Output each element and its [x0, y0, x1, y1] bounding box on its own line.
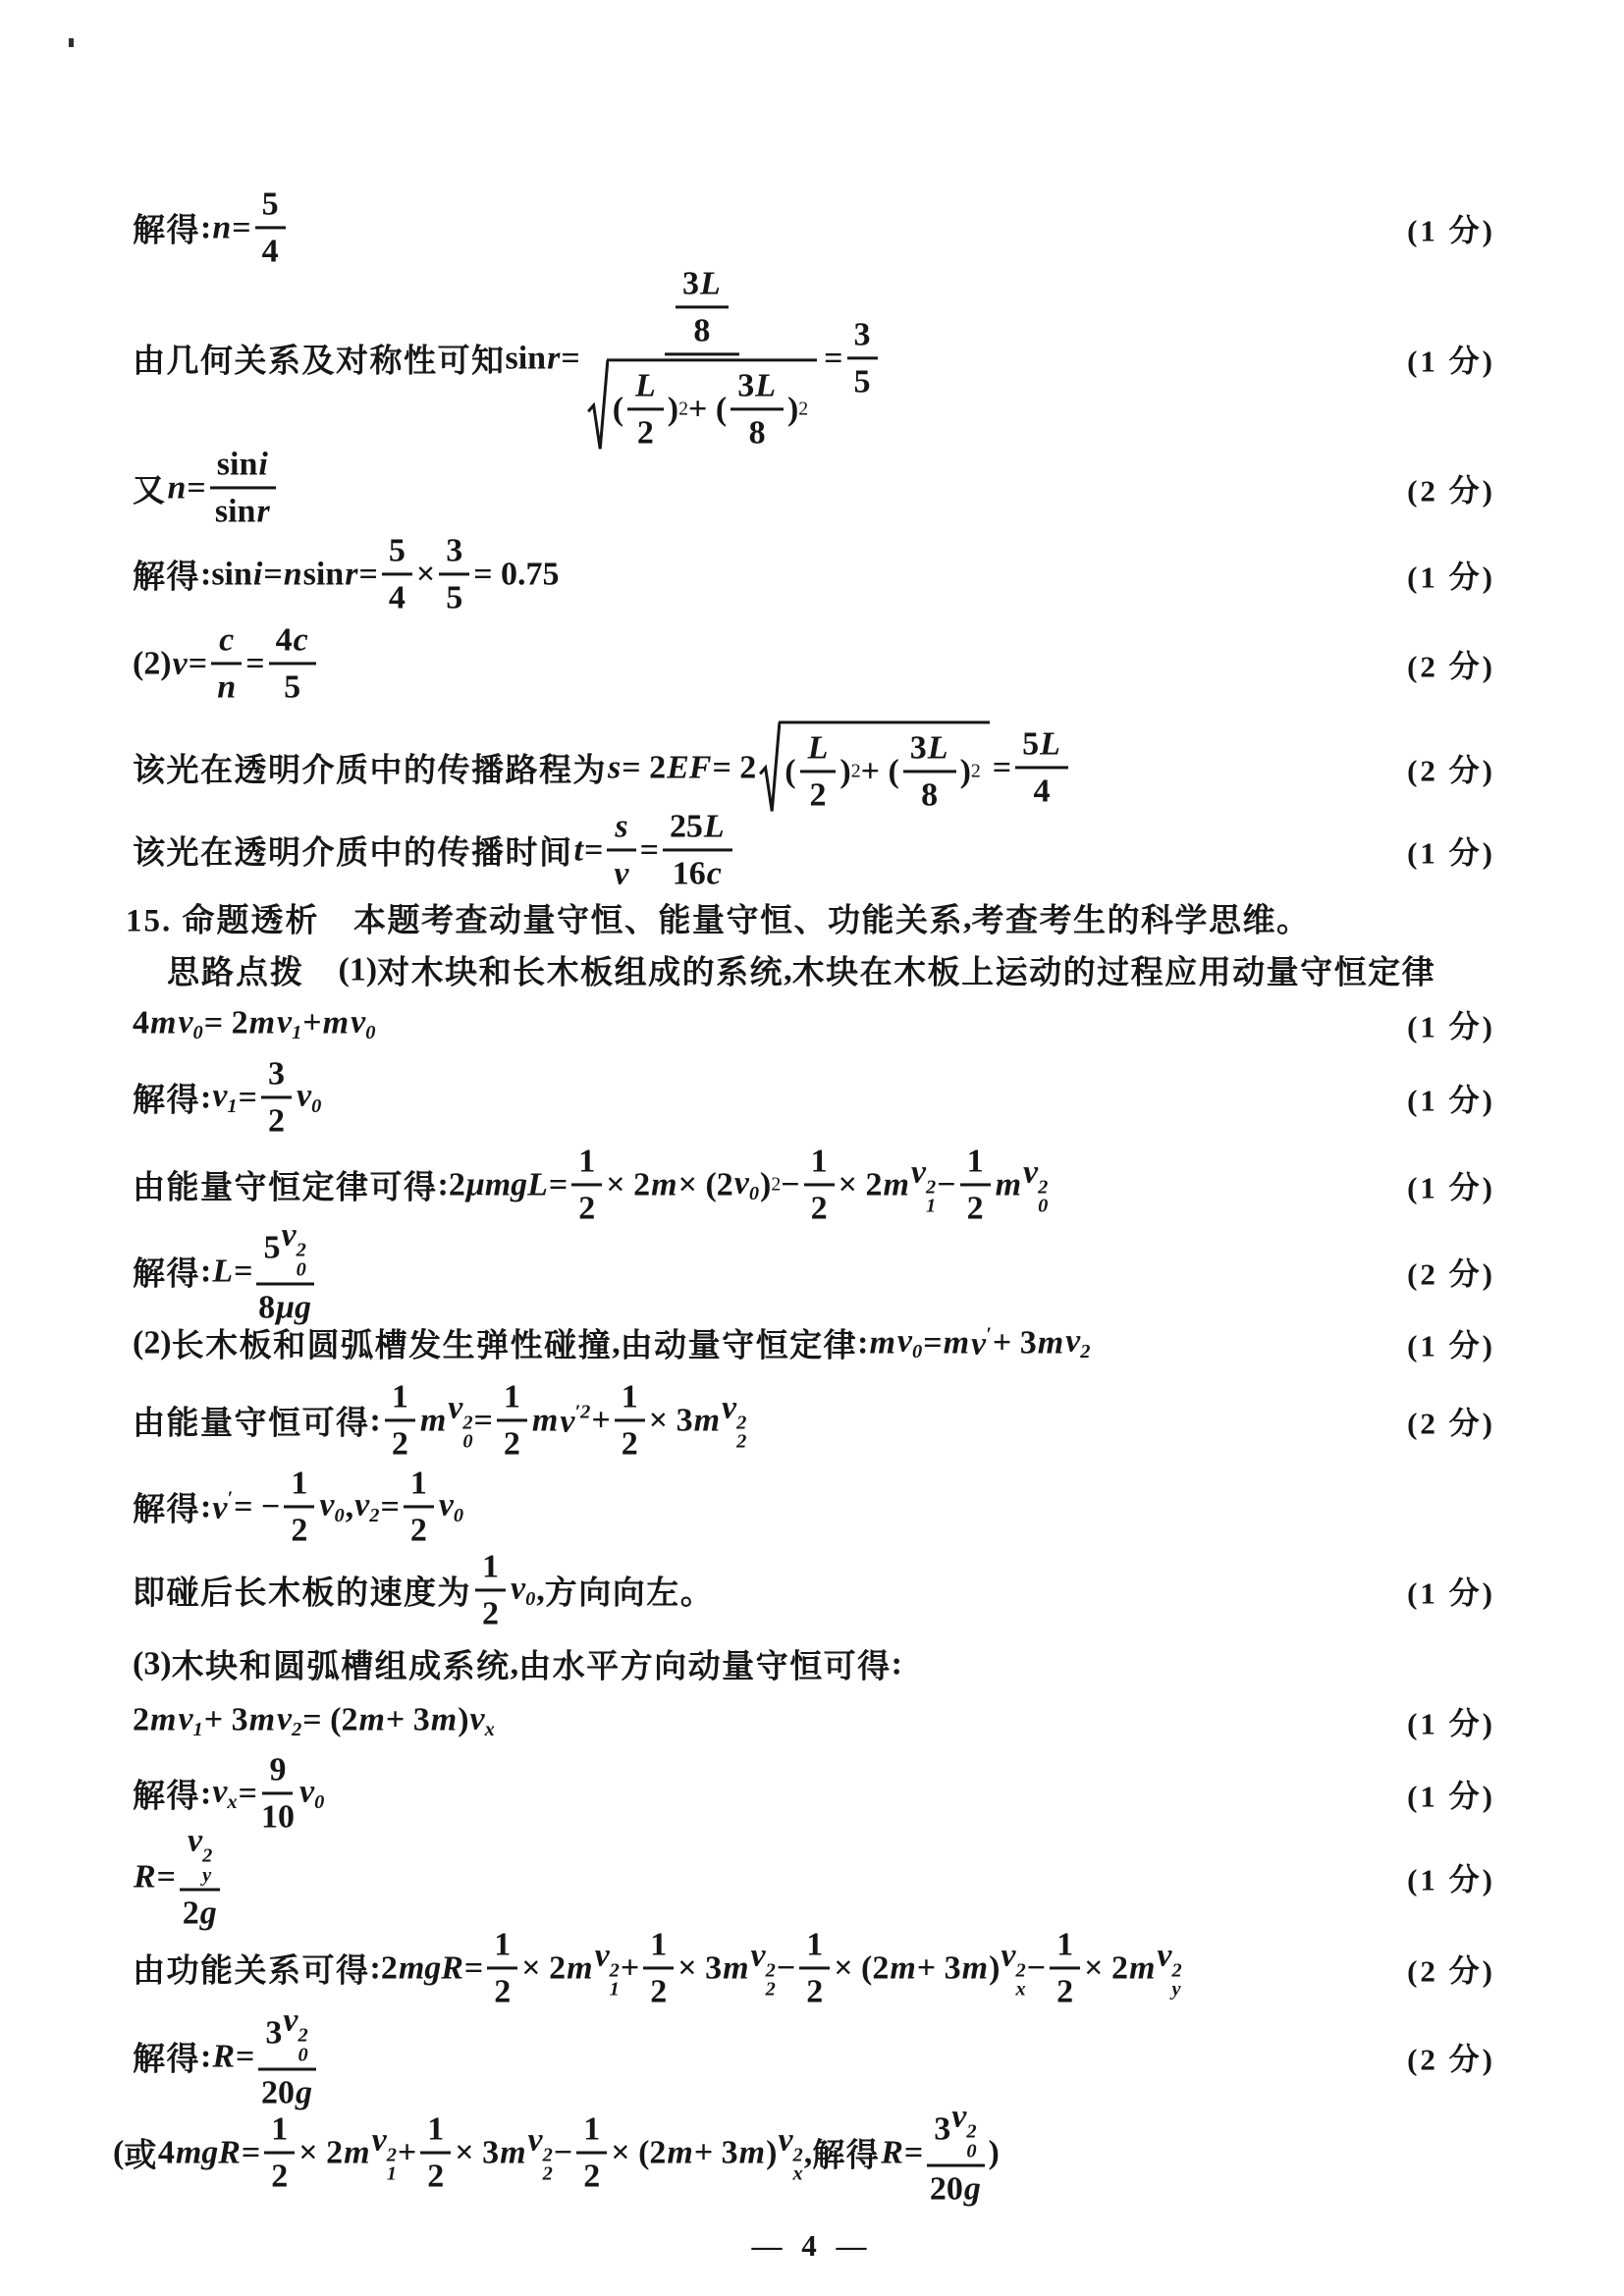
text-math: × (2 — [678, 1166, 733, 1203]
text-math: ) — [766, 2134, 777, 2171]
solution-line: (2)长木板和圆弧槽发生弹性碰撞,由动量守恒定律:mv0 = mv′ + 3mv… — [133, 1320, 1495, 1366]
text-math: 3 — [854, 315, 871, 353]
variable: t — [573, 831, 584, 869]
sub-sup: 20 — [298, 2027, 307, 2065]
fraction: 4c5 — [269, 620, 316, 706]
superscript: 2 — [971, 761, 981, 783]
numerator: 1 — [804, 1142, 835, 1186]
solution-line: 又 n = sin isin r(2 分) — [133, 445, 1495, 530]
text-math: × 2 — [298, 2134, 343, 2171]
variable: r — [344, 556, 358, 593]
text-math: + — [302, 1005, 321, 1042]
numerator: 1 — [960, 1142, 991, 1186]
score-badge: (2 分) — [1387, 642, 1495, 686]
text-cjk: 由动量守恒定律 — [621, 1320, 858, 1366]
subscript: 2 — [1080, 1341, 1090, 1362]
variable: mgR — [398, 1949, 464, 1987]
text-math: , — [804, 2134, 813, 2171]
text-math: 2 — [291, 1512, 307, 1550]
text-math: 5 — [1022, 724, 1039, 763]
fraction: 5v208μg — [256, 1216, 313, 1327]
solution-line: 2mv1 + 3mv2 = (2m + 3m)vx(1 分) — [133, 1699, 1495, 1743]
variable: m — [1037, 1324, 1064, 1362]
text-cjk: 解得 — [812, 2130, 880, 2176]
text-math: = — [232, 209, 250, 246]
superscript: 2 — [202, 1847, 212, 1866]
text-math: : — [200, 209, 211, 246]
solution-line: 由能量守恒可得:12mv20 = 12mv′2 + 12 × 3mv22(2 分… — [133, 1377, 1495, 1463]
text-cjk: 长木板和圆弧槽发生弹性碰撞 — [172, 1320, 613, 1366]
variable: v′ — [970, 1323, 993, 1362]
variable: n — [167, 469, 188, 507]
text-cjk: 方向向左。 — [545, 1568, 715, 1614]
variable: v2 — [1064, 1322, 1091, 1363]
text-math: + 3 — [993, 1324, 1037, 1362]
variable: L — [699, 264, 722, 302]
denominator: 2 — [291, 1509, 307, 1550]
superscript: ′ — [227, 1487, 233, 1509]
sub-sup: 20 — [462, 1414, 472, 1452]
variable: r — [546, 340, 561, 377]
formula-content: 解得:v′ = −12v0,v2 = 12v0 — [133, 1464, 464, 1549]
text-math: = — [245, 645, 264, 682]
text-math: + ( — [688, 391, 727, 429]
radicand: (L2)2 + (3L8)2 — [779, 721, 989, 814]
fraction: 12 — [643, 1925, 674, 2010]
text-math: + ( — [861, 753, 899, 790]
radical-sign — [759, 721, 781, 814]
text-math: + — [621, 1949, 639, 1987]
text-cjk: 解得 — [133, 552, 200, 598]
fraction: 12 — [487, 1925, 517, 2010]
text-math: = — [239, 1775, 257, 1812]
score-badge: (1 分) — [1387, 1569, 1495, 1613]
text-math: sin — [303, 556, 345, 593]
text-math: 3 — [268, 1054, 285, 1093]
score-badge: (1 分) — [1387, 1163, 1495, 1207]
text-math: × 2 — [1084, 1949, 1128, 1987]
numerator: 1 — [799, 1925, 830, 1969]
fraction: 12 — [404, 1464, 434, 1549]
text-math: 5 — [389, 531, 406, 569]
variable: m — [722, 1949, 749, 1987]
fraction: 3v2020g — [927, 2098, 984, 2209]
text-math: + 3 — [694, 2134, 738, 2171]
text-math: 2 — [583, 2158, 600, 2196]
fraction: 25L16c — [663, 807, 732, 892]
variable: r — [255, 493, 270, 531]
fraction: L2 — [627, 367, 664, 453]
text-math: : — [892, 1645, 902, 1682]
text-cjk: 本题考查动量守恒、能量守恒、功能关系 — [320, 895, 964, 941]
text-math: 1 — [291, 1464, 307, 1502]
denominator: 4 — [1034, 770, 1051, 811]
text-math: 1 — [392, 1377, 408, 1415]
text-math: = — [242, 2134, 260, 2171]
subscript: 0 — [1038, 1198, 1048, 1216]
subscript: 0 — [454, 1505, 463, 1526]
text-math: = — [187, 469, 205, 507]
subscript: 0 — [334, 1505, 344, 1526]
fraction: 5L4 — [1015, 724, 1068, 810]
score-badge: (1 分) — [1387, 337, 1495, 381]
denominator: 2 — [482, 1592, 499, 1633]
sub-sup: 2y — [202, 1847, 212, 1886]
text-math: 1 — [494, 1925, 511, 1963]
sub-sup: 22 — [766, 1961, 776, 2000]
fraction: cn — [211, 620, 242, 706]
text-cjk: 由几何关系及对称性可知 — [133, 336, 506, 382]
fraction: 12 — [615, 1377, 645, 1463]
variable: m — [961, 1949, 989, 1987]
denominator: 8 — [693, 308, 710, 349]
sub-sup: 20 — [966, 2123, 976, 2162]
variable: v0 — [318, 1486, 345, 1527]
text-math: = — [640, 831, 659, 869]
variable: m — [149, 1702, 177, 1739]
denominator: 2 — [504, 1422, 520, 1464]
score-badge: (2 分) — [1387, 466, 1495, 510]
numerator: 1 — [385, 1377, 415, 1421]
variable: v20 — [1022, 1153, 1049, 1216]
formula-content: (或 4mgR = 12 × 2mv21 + 12 × 3mv22 − 12 ×… — [113, 2098, 1000, 2209]
text-math: = — [234, 1253, 252, 1290]
numerator: 9 — [262, 1750, 293, 1794]
text-math: = — [584, 831, 603, 869]
variable: m — [419, 1402, 447, 1439]
text-math: 2 — [504, 1425, 520, 1464]
text-math: 1 — [482, 1547, 499, 1585]
text-math: = (2 — [302, 1702, 357, 1739]
formula-content: 解得:sin i = nsin r = 54 × 35 = 0.75 — [133, 531, 560, 616]
solution-line: 由几何关系及对称性可知 sin r = 3L8(L2)2 + (3L8)2 = … — [133, 264, 1495, 452]
formula-content: 由功能关系可得:2mgR = 12 × 2mv21 + 12 × 3mv22 −… — [133, 1925, 1183, 2010]
variable: m — [248, 1702, 276, 1739]
text-math: 9 — [269, 1750, 286, 1789]
numerator: s — [607, 807, 635, 851]
text-math: × (2 — [834, 1949, 889, 1987]
variable: c — [218, 620, 235, 659]
text-math: × 2 — [839, 1166, 883, 1203]
text-math: × 2 — [521, 1949, 566, 1987]
text-math: : — [200, 1775, 211, 1812]
fraction: 3v2020g — [258, 2002, 315, 2112]
variable: m — [995, 1166, 1022, 1203]
text-math: : — [200, 2038, 211, 2075]
fraction: 3L8(L2)2 + (3L8)2 — [584, 264, 820, 452]
text-math: 1 — [967, 1142, 984, 1180]
fraction: 12 — [960, 1142, 991, 1227]
text-math: : — [200, 1079, 211, 1116]
denominator: 16c — [673, 852, 723, 893]
solution-line: 解得:n = 54(1 分) — [133, 185, 1495, 270]
text-math: : — [857, 1324, 868, 1362]
formula-content: 又 n = sin isin r — [133, 445, 280, 530]
variable: v22 — [721, 1389, 747, 1452]
fraction: 12 — [284, 1464, 314, 1549]
text-math: = — [549, 1166, 568, 1203]
text-cjk: 该光在透明介质中的传播时间 — [133, 828, 573, 874]
numerator: 1 — [571, 1142, 602, 1186]
variable: v1 — [276, 1003, 302, 1044]
text-math: 4 — [158, 2134, 175, 2171]
variable: m — [666, 2134, 693, 2171]
text-math: 2 — [482, 1595, 499, 1633]
score-badge: (1 分) — [1387, 1699, 1495, 1743]
variable: m — [943, 1324, 970, 1362]
superscript: 2 — [966, 2123, 976, 2142]
variable: v20 — [280, 1216, 306, 1280]
subscript: y — [1171, 1981, 1180, 2000]
text-math: ) — [960, 753, 971, 790]
text-math: 1 — [1056, 1925, 1073, 1963]
text-math: = — [263, 556, 282, 593]
text-math: × 3 — [677, 1949, 722, 1987]
fraction: 12 — [385, 1377, 415, 1463]
formula-content: 解得:L = 5v208μg — [133, 1216, 318, 1327]
variable: R — [133, 1858, 157, 1896]
subscript: 2 — [369, 1505, 379, 1526]
denominator: 5 — [446, 576, 462, 617]
solution-line: 思路点拨 (1)对木块和长木板组成的系统,木块在木板上运动的过程应用动量守恒定律 — [167, 947, 1495, 993]
text-math: ) — [989, 2134, 1000, 2171]
numerator: 1 — [264, 2109, 295, 2154]
text-math: 2 — [410, 1512, 427, 1550]
formula-content: 4mv0 = 2mv1 + mv0 — [133, 1003, 376, 1044]
solution-line: (或 4mgR = 12 × 2mv21 + 12 × 3mv22 − 12 ×… — [113, 2098, 1495, 2209]
text-math: = — [380, 1488, 399, 1525]
text-math: 3 — [446, 531, 462, 569]
text-math: = — [993, 749, 1011, 786]
variable: c — [293, 620, 309, 659]
text-math: + — [591, 1402, 610, 1439]
formula-content: 解得:v1 = 32v0 — [133, 1054, 322, 1140]
fraction: 12 — [571, 1142, 602, 1227]
variable: n — [211, 209, 232, 246]
variable: v′2 — [559, 1401, 591, 1440]
denominator: 20g — [930, 2166, 982, 2208]
solution-line: 解得:R = 3v2020g(2 分) — [133, 2002, 1495, 2112]
text-math: = 2 — [204, 1005, 248, 1042]
formula-content: 思路点拨 (1)对木块和长木板组成的系统,木块在木板上运动的过程应用动量守恒定律 — [167, 947, 1435, 993]
variable: v2y — [187, 1822, 213, 1886]
text-cjk: 解得 — [133, 2034, 200, 2080]
text-math: 1 — [806, 1925, 823, 1963]
subscript: 0 — [462, 1433, 472, 1452]
radical-sign — [587, 359, 609, 453]
denominator: (L2)2 + (3L8)2 — [584, 356, 820, 453]
variable: v0 — [733, 1164, 760, 1205]
superscript: 2 — [678, 399, 688, 421]
solution-line: 该光在透明介质中的传播路程为 s = 2EF = 2(L2)2 + (3L8)2… — [133, 721, 1495, 814]
numerator: 1 — [475, 1547, 506, 1591]
text-math: , — [511, 1645, 519, 1682]
variable: v2y — [1156, 1937, 1182, 2000]
subscript: y — [202, 1866, 211, 1885]
solution-line: 解得:sin i = nsin r = 54 × 35 = 0.75(1 分) — [133, 531, 1495, 616]
text-cjk: 即碰后长木板的速度为 — [133, 1568, 471, 1614]
numerator: 1 — [487, 1925, 517, 1969]
subscript: 0 — [365, 1022, 375, 1043]
text-math: 2 — [427, 2158, 444, 2196]
variable: n — [216, 668, 237, 707]
fraction: sv — [607, 807, 635, 892]
text-math: 16 — [673, 855, 706, 893]
variable: m — [149, 1005, 177, 1042]
variable: v1 — [211, 1077, 238, 1118]
text-math: 2 — [622, 1425, 638, 1464]
variable: m — [1128, 1949, 1156, 1987]
variable: v21 — [594, 1937, 621, 2000]
text-math: − — [777, 1949, 795, 1987]
text-math: − — [554, 2134, 572, 2171]
text-math: , — [963, 899, 972, 936]
subscript: 2 — [292, 1719, 301, 1740]
variable: m — [693, 1402, 721, 1439]
variable: v0 — [298, 1773, 325, 1814]
document-page: — 4 — 解得:n = 54(1 分)由几何关系及对称性可知 sin r = … — [0, 0, 1624, 2296]
text-math: 8 — [693, 311, 710, 349]
score-badge: (1 分) — [1387, 1002, 1495, 1046]
variable: m — [322, 1005, 350, 1042]
variable: v2x — [777, 2121, 803, 2184]
text-cjk: 由能量守恒可得 — [133, 1398, 370, 1444]
text-math: = — [189, 645, 207, 682]
subscript: x — [227, 1791, 237, 1813]
variable: v21 — [910, 1153, 937, 1216]
fraction: 12 — [420, 2109, 451, 2195]
text-math: 5 — [854, 363, 871, 401]
text-math: : — [200, 1253, 211, 1290]
text-math: = — [923, 1324, 942, 1362]
numerator: 25L — [663, 807, 732, 851]
variable: L — [754, 367, 777, 405]
variable: v20 — [447, 1389, 473, 1452]
fraction: 12 — [804, 1142, 835, 1227]
text-math: − — [1027, 1949, 1046, 1987]
fraction: 54 — [255, 185, 286, 270]
variable: v2 — [353, 1486, 380, 1527]
solution-line: 该光在透明介质中的传播时间 t = sv = 25L16c(1 分) — [133, 807, 1495, 892]
numerator: 3L8 — [665, 264, 739, 355]
text-math: 1 — [622, 1377, 638, 1415]
formula-content: 即碰后长木板的速度为12v0,方向向左。 — [133, 1547, 714, 1632]
text-math: , — [612, 1324, 621, 1362]
text-cjk: 解得 — [133, 1484, 200, 1530]
formula-content: (3)木块和圆弧槽组成系统,由水平方向动量守恒可得: — [133, 1641, 902, 1687]
text-math: ( — [613, 391, 623, 429]
text-math: ( — [113, 2134, 124, 2171]
denominator: 2 — [271, 2155, 288, 2196]
variable: L — [927, 728, 949, 767]
text-math: = — [236, 2038, 254, 2075]
numerator: 3 — [261, 1054, 292, 1098]
score-badge: (2 分) — [1387, 1250, 1495, 1294]
score-badge: (1 分) — [1387, 1855, 1495, 1899]
superscript: ′ — [986, 1323, 992, 1345]
numerator: 5 — [255, 185, 286, 229]
score-badge: (1 分) — [1387, 206, 1495, 250]
sub-sup: 21 — [387, 2146, 397, 2184]
denominator: 4 — [389, 576, 406, 617]
text-math: = — [157, 1858, 176, 1896]
numerator: 3L — [676, 264, 729, 308]
variable: v2x — [1000, 1937, 1026, 2000]
text-math: 2 — [133, 1702, 149, 1739]
solution-line: 解得:v1 = 32v0(1 分) — [133, 1054, 1495, 1140]
variable: v1 — [177, 1700, 203, 1741]
subscript: 1 — [926, 1198, 936, 1216]
score-badge: (1 分) — [1387, 1772, 1495, 1816]
variable: vx — [211, 1773, 238, 1814]
text-math: sin — [506, 340, 547, 377]
fraction: 12 — [264, 2109, 295, 2195]
text-cjk: 由水平方向动量守恒可得 — [518, 1641, 892, 1687]
text-math: , — [536, 1572, 545, 1609]
numerator: v2y — [180, 1822, 220, 1892]
sub-sup: 22 — [736, 1414, 746, 1452]
text-math: (2) — [133, 645, 172, 682]
variable: v0 — [296, 1077, 322, 1118]
variable: v22 — [750, 1937, 777, 2000]
scan-artifact-dot — [69, 38, 74, 47]
variable: i — [257, 445, 268, 483]
sub-sup: 22 — [543, 2146, 553, 2184]
sub-sup: 2x — [793, 2146, 803, 2184]
text-math: , — [784, 951, 792, 988]
numerator: 5v20 — [256, 1216, 313, 1286]
variable: L — [703, 807, 726, 845]
text-cjk: 又 — [133, 465, 167, 511]
variable: v20 — [950, 2098, 977, 2162]
formula-content: 由能量守恒定律可得:2μmgL = 12 × 2m × (2v0)2 − 12 … — [133, 1142, 1049, 1227]
score-badge: (1 分) — [1387, 553, 1495, 597]
variable: v0 — [896, 1322, 923, 1363]
score-badge: (1 分) — [1387, 1076, 1495, 1120]
text-math: 2 — [392, 1425, 408, 1464]
variable: m — [343, 2134, 370, 2171]
text-math: + 3 — [204, 1702, 248, 1739]
text-cjk: 该光在透明介质中的传播路程为 — [133, 745, 607, 791]
text-cjk: 解得 — [133, 1075, 200, 1121]
text-math: sin — [217, 445, 258, 483]
numerator: 1 — [284, 1464, 314, 1508]
denominator: 2 — [583, 2155, 600, 2196]
variable: m — [868, 1324, 895, 1362]
sub-sup: 20 — [1038, 1178, 1048, 1216]
formula-content: 解得:n = 54 — [133, 185, 290, 270]
variable: v20 — [282, 2002, 308, 2065]
superscript: 2 — [297, 1242, 306, 1260]
variable: g — [963, 2169, 982, 2208]
text-math: :2 — [438, 1166, 465, 1203]
denominator: 5 — [284, 666, 300, 707]
solution-line: 解得:L = 5v208μg(2 分) — [133, 1216, 1495, 1327]
variable: m — [889, 1949, 916, 1987]
text-math: 25 — [670, 807, 703, 845]
text-math: ) — [760, 1166, 771, 1203]
bold-heading: 思路点拨 — [167, 947, 304, 993]
variable: m — [430, 1702, 458, 1739]
text-math: 5 — [284, 668, 300, 707]
variable: v0 — [350, 1003, 376, 1044]
text-math: − — [781, 1166, 799, 1203]
variable: c — [706, 855, 723, 893]
text-math: 4 — [1034, 773, 1051, 811]
text-math: 4 — [389, 579, 406, 617]
subscript: 0 — [749, 1183, 759, 1204]
variable: m — [882, 1166, 909, 1203]
